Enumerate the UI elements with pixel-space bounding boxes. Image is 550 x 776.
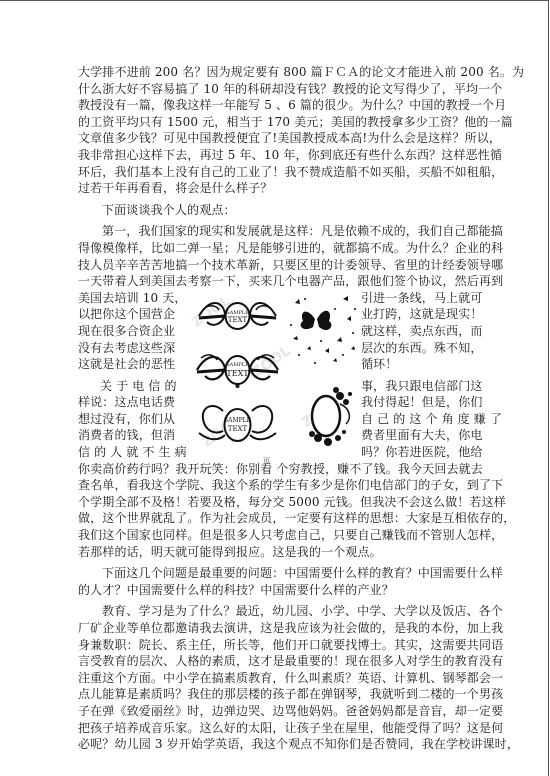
butterfly-cluster — [285, 289, 360, 369]
text-right: 费者里面有大夫，你电 — [361, 427, 476, 444]
svg-text:TEXT: TEXT — [228, 316, 248, 324]
text-line: 下面这几个问题是最重要的问题：中国需要什么样的教育？中国需要什么样 — [78, 565, 476, 582]
text-line: 子在弹《致爱丽丝》时，边弹边哭、边骂他妈妈。爸爸妈妈都是音盲，却一定要 — [78, 703, 476, 720]
floral-oval-frame — [300, 384, 360, 449]
text-left: 样说：这点电话费 — [78, 394, 173, 411]
text-line: 得像模像样，比如二弹一星；凡是能够引进的，就都搞不成。为什么？企业的科 — [78, 240, 476, 257]
ornament-frame-1: SAMPLE TEXT — [195, 294, 280, 338]
text-line: 的人才？中国需要什么样的科技？中国需要什么样的产业？ — [78, 582, 476, 599]
text-line: 把孩子培养成音乐家。这么好的太阳，让孩子坐在屋里，他能受得了吗？这是何 — [78, 720, 476, 737]
text-line: 点儿能算是素质吗？我住的那层楼的孩子都在弹钢琴，我就听到二楼的一个男孩 — [78, 686, 476, 703]
text-left: 消费者的钱，但消 — [78, 427, 173, 444]
paragraph-1: 大学排不进前 200 名？因为规定要有 800 篇ＦＣＡ的论文才能进入前 200… — [78, 64, 476, 197]
text-line: 若那样的话，明天就可能得到报应。这是我的一个观点。 — [78, 544, 476, 561]
text-line: 个学期全部不及格！若要及格，每分交 5000 元钱。但我决不会这么做！若这样 — [78, 494, 476, 511]
ornament-frame-2: SAMPLE TEXT — [195, 346, 280, 390]
paragraph-5: 下面这几个问题是最重要的问题：中国需要什么样的教育？中国需要什么样 的人才？中国… — [78, 565, 476, 598]
paragraph-6: 教育、学习是为了什么？最近，幼儿园、小学、中学、大学以及饭店、各个 厂矿企业等单… — [78, 603, 476, 752]
text-line: 下面谈谈我个人的观点： — [78, 202, 476, 219]
ornament-figure: ZOOL ZOOL ZOOL ZOOL SAMPLE TEXT — [190, 284, 365, 456]
ornament-frame-3: SAMPLE TEXT — [195, 401, 280, 449]
page-mark: 页 — [263, 456, 270, 466]
text-right: 我付得起！但是，你们 — [361, 394, 476, 411]
svg-text:SAMPLE: SAMPLE — [226, 362, 249, 368]
text-line: 技人员辛辛苦苦地搞一个技术革新，只要区里的计委领导、省里的计经委领导哪 — [78, 257, 476, 274]
text-line: 过若干年再看看，将会是什么样子？ — [78, 180, 476, 197]
text-left: 关 于 电 信 的 — [78, 378, 173, 395]
text-left: 想过没有，你们从 — [78, 411, 173, 428]
document-page: 大学排不进前 200 名？因为规定要有 800 篇ＦＣＡ的论文才能进入前 200… — [0, 0, 549, 776]
text-left: 没有去考虑这些深 — [78, 340, 173, 357]
text-line: 教授没有一篇，像我这样一年能写 5 、6 篇的很少。为什么？中国的教授一个月 — [78, 97, 476, 114]
paragraph-2: 下面谈谈我个人的观点： — [78, 202, 476, 219]
text-line: 言受教育的层次、人格的素质，这才是最重要的！现在很多人对学生的教育没有 — [78, 653, 476, 670]
text-right: 循环！ — [361, 356, 476, 373]
text-line: 必呢？幼儿园 3 岁开始学英语，我这个观点不知你们是否赞同，我在学校讲课时， — [78, 736, 476, 753]
text-line: 文章值多少钱？可见中国教授便宜了!美国教授成本高!为什么会是这样？所以， — [78, 130, 476, 147]
text-left: 现在很多合资企业 — [78, 323, 173, 340]
text-right: 自 己 的 这 个 角 度 赚 了 — [361, 411, 476, 428]
text-right: 引进一条线，马上就可 — [361, 290, 476, 307]
text-left: 信 的 人 就 不 生 病 — [78, 444, 173, 461]
text-line: 厂矿企业等单位都邀请我去演讲，这是我应该为社会做的，是我的本份，加上我 — [78, 620, 476, 637]
text-line: 做，这个世界就乱了。作为社会成员，一定要有这样的思想：大家是互相依存的， — [78, 510, 476, 527]
svg-text:TEXT: TEXT — [228, 425, 248, 433]
text-line: 我非常担心这样下去，再过 5 年、10 年，你到底还有些什么东西？这样恶性循 — [78, 147, 476, 164]
text-left: 以把你这个国营企 — [78, 306, 173, 323]
svg-text:SAMPLE: SAMPLE — [224, 417, 251, 424]
text-line: 什么浙大好不容易搞了 10 年的科研却没有钱？教授的论文写得少了，平均一个 — [78, 81, 476, 98]
text-line: 注重这个方面。中小学在搞素质教育，什么叫素质？英语、计算机、钢琴都会一 — [78, 670, 476, 687]
text-line: 教育、学习是为了什么？最近，幼儿园、小学、中学、大学以及饭店、各个 — [78, 603, 476, 620]
text-right: 吗？你若进医院，他给 — [361, 444, 476, 461]
text-line: 大学排不进前 200 名？因为规定要有 800 篇ＦＣＡ的论文才能进入前 200… — [78, 64, 476, 81]
text-line: 你卖高价药行吗？我开玩笑：你别看 个穷教授，赚不了钱。我今天回去就去 — [78, 461, 476, 478]
text-left: 这就是社会的恶性 — [78, 356, 173, 373]
text-right: 事，我只跟电信部门这 — [361, 378, 476, 395]
text-right: 就这样，卖点东西，而 — [361, 323, 476, 340]
text-line: 的工资平均只有 1500 元，相当于 170 美元；美国的教授拿多少工资？他的一… — [78, 114, 476, 131]
text-line: 查名单，看我这个学院、我这个系的学生有多少是你们电信部门的子女，到了下 — [78, 477, 476, 494]
text-line: 环后，我们基本上没有自己的工业了！我不赞成造船不如买船，买船不如租船， — [78, 164, 476, 181]
svg-text:TEXT: TEXT — [226, 369, 249, 378]
text-line: 第一，我们国家的现实和发展就是这样：凡是依赖不成的，我们自己都能搞 — [78, 223, 476, 240]
text-line: 我们这个国家也同样。但是很多人只考虑自己，只要自己赚钱而不管别人怎样， — [78, 527, 476, 544]
text-left: 美国去培训 10 天， — [78, 290, 173, 307]
text-line: 身兼数职：院长、系主任，所长等，他们开口就要找博士。其实，这需要共同语 — [78, 637, 476, 654]
text-right: 业打跨，这就是现实！ — [361, 306, 476, 323]
text-right: 层次的东西。殊不知， — [361, 340, 476, 357]
